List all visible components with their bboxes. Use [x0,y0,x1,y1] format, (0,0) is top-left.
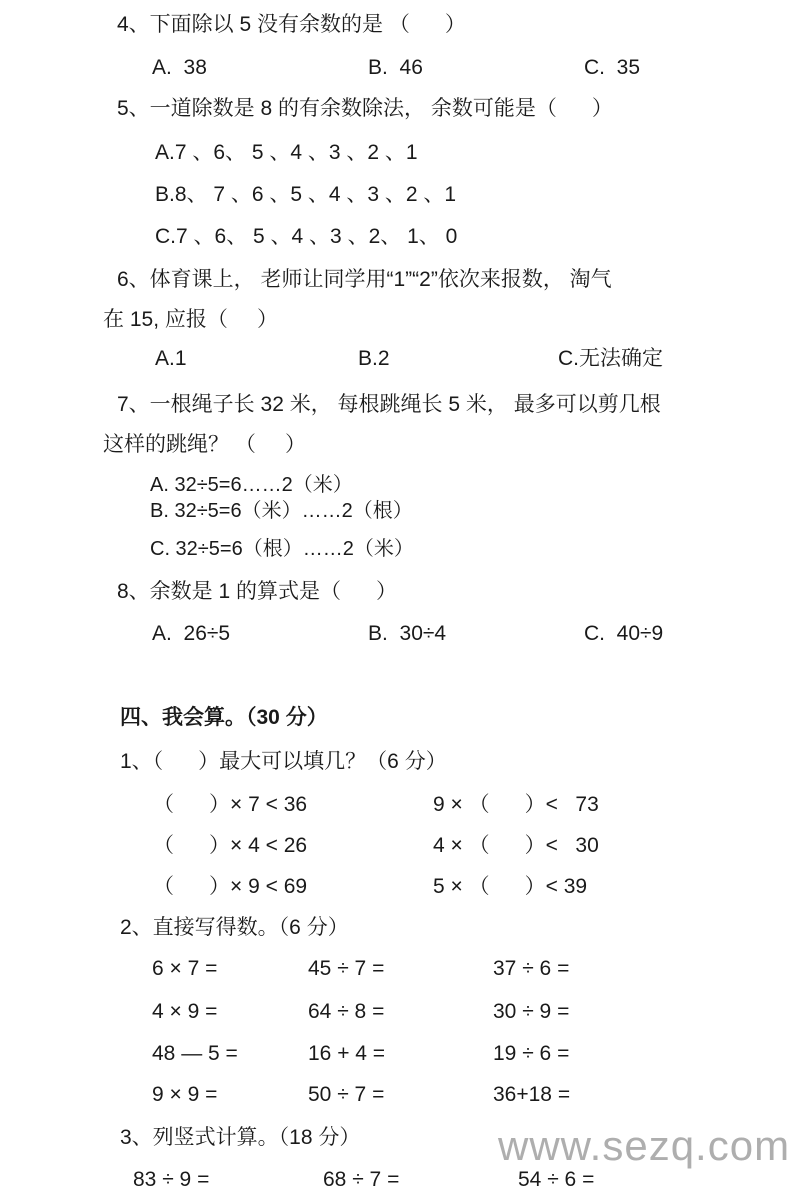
s4q2-row3-c2: 16 + 4 = [308,1042,385,1066]
s4q2-row4-c1: 9 × 9 = [152,1083,217,1107]
s4q1-row3-left: （ ）× 9 < 69 [153,875,307,899]
s4q2-stem: 2、直接写得数。（6 分） [120,916,349,940]
q5-stem: 5、一道除数是 8 的有余数除法， 余数可能是（ ） [117,97,613,121]
s4q1-row1-right: 9 × （ ）< 73 [433,793,599,817]
s4q2-row4-c3: 36+18 = [493,1083,570,1107]
q8-option-b: B. 30÷4 [368,622,446,646]
q7-option-a: A. 32÷5=6……2（米） [150,474,353,497]
q7-option-b: B. 32÷5=6（米）……2（根） [150,500,413,523]
s4q3-stem: 3、列竖式计算。（18 分） [120,1126,360,1150]
q6-option-b: B.2 [358,347,390,371]
q7-stem-line1: 7、一根绳子长 32 米， 每根跳绳长 5 米， 最多可以剪几根 [117,393,661,417]
q6-stem-line2: 在 15, 应报（ ） [103,308,278,332]
q6-option-a: A.1 [155,347,187,371]
q4-stem: 4、下面除以 5 没有余数的是 （ ） [117,13,466,37]
s4q3-row1-c2: 68 ÷ 7 = [323,1168,399,1192]
s4q2-row2-c1: 4 × 9 = [152,1000,217,1024]
q5-option-b: B.8、 7 、6 、5 、4 、3 、2 、1 [155,183,456,207]
q8-option-a: A. 26÷5 [152,622,230,646]
s4q1-row1-left: （ ）× 7 < 36 [153,793,307,817]
s4q2-row2-c2: 64 ÷ 8 = [308,1000,384,1024]
site-watermark: www.sezq.com [498,1122,790,1170]
s4q3-row1-c3: 54 ÷ 6 = [518,1168,594,1192]
q4-option-c: C. 35 [584,56,640,80]
s4q1-row2-right: 4 × （ ）< 30 [433,834,599,858]
s4q1-row3-right: 5 × （ ）< 39 [433,875,587,899]
q6-option-c: C.无法确定 [558,347,663,371]
s4q2-row2-c3: 30 ÷ 9 = [493,1000,569,1024]
s4q3-row1-c1: 83 ÷ 9 = [133,1168,209,1192]
s4q2-row4-c2: 50 ÷ 7 = [308,1083,384,1107]
section4-title: 四、我会算。（30 分） [120,706,328,730]
s4q1-row2-left: （ ）× 4 < 26 [153,834,307,858]
s4q2-row1-c1: 6 × 7 = [152,957,217,981]
q6-stem-line1: 6、体育课上， 老师让同学用“1”“2”依次来报数， 淘气 [117,268,612,292]
q5-option-a: A.7 、6、 5 、4 、3 、2 、1 [155,141,418,165]
q4-option-a: A. 38 [152,56,207,80]
q4-option-b: B. 46 [368,56,423,80]
worksheet-page: 4、下面除以 5 没有余数的是 （ ） A. 38 B. 46 C. 35 5、… [0,0,800,1199]
q7-option-c: C. 32÷5=6（根）……2（米） [150,538,414,561]
q8-stem: 8、余数是 1 的算式是（ ） [117,580,397,604]
q5-option-c: C.7 、6、 5 、4 、3 、2、 1、 0 [155,225,457,249]
q8-option-c: C. 40÷9 [584,622,663,646]
s4q1-stem: 1、（ ）最大可以填几？（6 分） [120,750,447,774]
s4q2-row1-c3: 37 ÷ 6 = [493,957,569,981]
s4q2-row1-c2: 45 ÷ 7 = [308,957,384,981]
s4q2-row3-c1: 48 — 5 = [152,1042,238,1066]
q7-stem-line2: 这样的跳绳？ （ ） [103,433,306,457]
s4q2-row3-c3: 19 ÷ 6 = [493,1042,569,1066]
